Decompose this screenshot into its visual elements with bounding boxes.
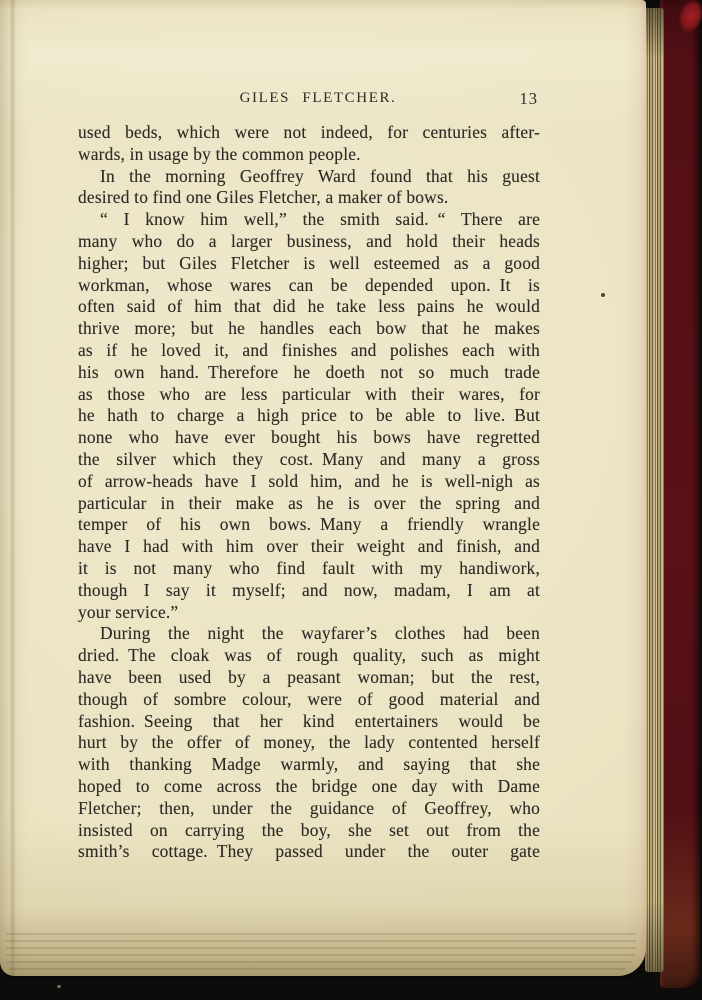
book-photo: GILES FLETCHER. 13 used beds, which were… bbox=[0, 0, 702, 1000]
text-line: smith’s cottage. They passed under the o… bbox=[78, 841, 540, 863]
text-line: as if he loved it, and finishes and poli… bbox=[78, 340, 540, 362]
text-line: he hath to charge a high price to be abl… bbox=[78, 405, 540, 427]
text-line: “ I know him well,” the smith said. “ Th… bbox=[78, 209, 540, 231]
text-line: workman, whose wares can be depended upo… bbox=[78, 275, 540, 297]
scanned-page: GILES FLETCHER. 13 used beds, which were… bbox=[0, 0, 646, 976]
text-line: higher; but Giles Fletcher is well estee… bbox=[78, 253, 540, 275]
chapter-running-title: GILES FLETCHER. bbox=[78, 90, 540, 107]
text-line: hoped to come across the bridge one day … bbox=[78, 776, 540, 798]
text-line: though of sombre colour, were of good ma… bbox=[78, 689, 540, 711]
page-number: 13 bbox=[520, 89, 539, 109]
paper-speck bbox=[601, 293, 605, 297]
text-line: insisted on carrying the boy, she set ou… bbox=[78, 820, 540, 842]
text-line: the silver which they cost. Many and man… bbox=[78, 449, 540, 471]
text-line: desired to find one Giles Fletcher, a ma… bbox=[78, 187, 540, 209]
text-line: many who do a larger business, and hold … bbox=[78, 231, 540, 253]
text-line: have I had with him over their weight an… bbox=[78, 536, 540, 558]
text-line: fashion. Seeing that her kind entertaine… bbox=[78, 711, 540, 733]
text-line: of arrow-heads have I sold him, and he i… bbox=[78, 471, 540, 493]
text-line: with thanking Madge warmly, and saying t… bbox=[78, 754, 540, 776]
text-line: none who have ever bought his bows have … bbox=[78, 427, 540, 449]
text-line: hurt by the offer of money, the lady con… bbox=[78, 732, 540, 754]
text-line: it is not many who find fault with my ha… bbox=[78, 558, 540, 580]
text-line: temper of his own bows. Many a friendly … bbox=[78, 514, 540, 536]
text-line: During the night the wayfarer’s clothes … bbox=[78, 623, 540, 645]
text-line: thrive more; but he handles each bow tha… bbox=[78, 318, 540, 340]
text-line: though I say it myself; and now, madam, … bbox=[78, 580, 540, 602]
text-line: his own hand. Therefore he doeth not so … bbox=[78, 362, 540, 384]
text-line: Fletcher; then, under the guidance of Ge… bbox=[78, 798, 540, 820]
bottom-page-edges bbox=[6, 933, 636, 973]
dust-speck bbox=[57, 985, 61, 988]
text-line: particular in their make as he is over t… bbox=[78, 493, 540, 515]
text-line: your service.” bbox=[78, 602, 540, 624]
text-line: used beds, which were not indeed, for ce… bbox=[78, 122, 540, 144]
page-text: used beds, which were not indeed, for ce… bbox=[78, 122, 540, 863]
text-line: as those who are less particular with th… bbox=[78, 384, 540, 406]
text-line: In the morning Geoffrey Ward found that … bbox=[78, 166, 540, 188]
page-fore-edge-stack bbox=[645, 8, 664, 972]
text-line: wards, in usage by the common people. bbox=[78, 144, 540, 166]
text-line: dried. The cloak was of rough quality, s… bbox=[78, 645, 540, 667]
book-cover-edge bbox=[660, 0, 700, 988]
text-line: have been used by a peasant woman; but t… bbox=[78, 667, 540, 689]
running-header: GILES FLETCHER. 13 bbox=[78, 90, 540, 112]
text-line: often said of him that did he take less … bbox=[78, 296, 540, 318]
page-crease bbox=[9, 0, 16, 976]
